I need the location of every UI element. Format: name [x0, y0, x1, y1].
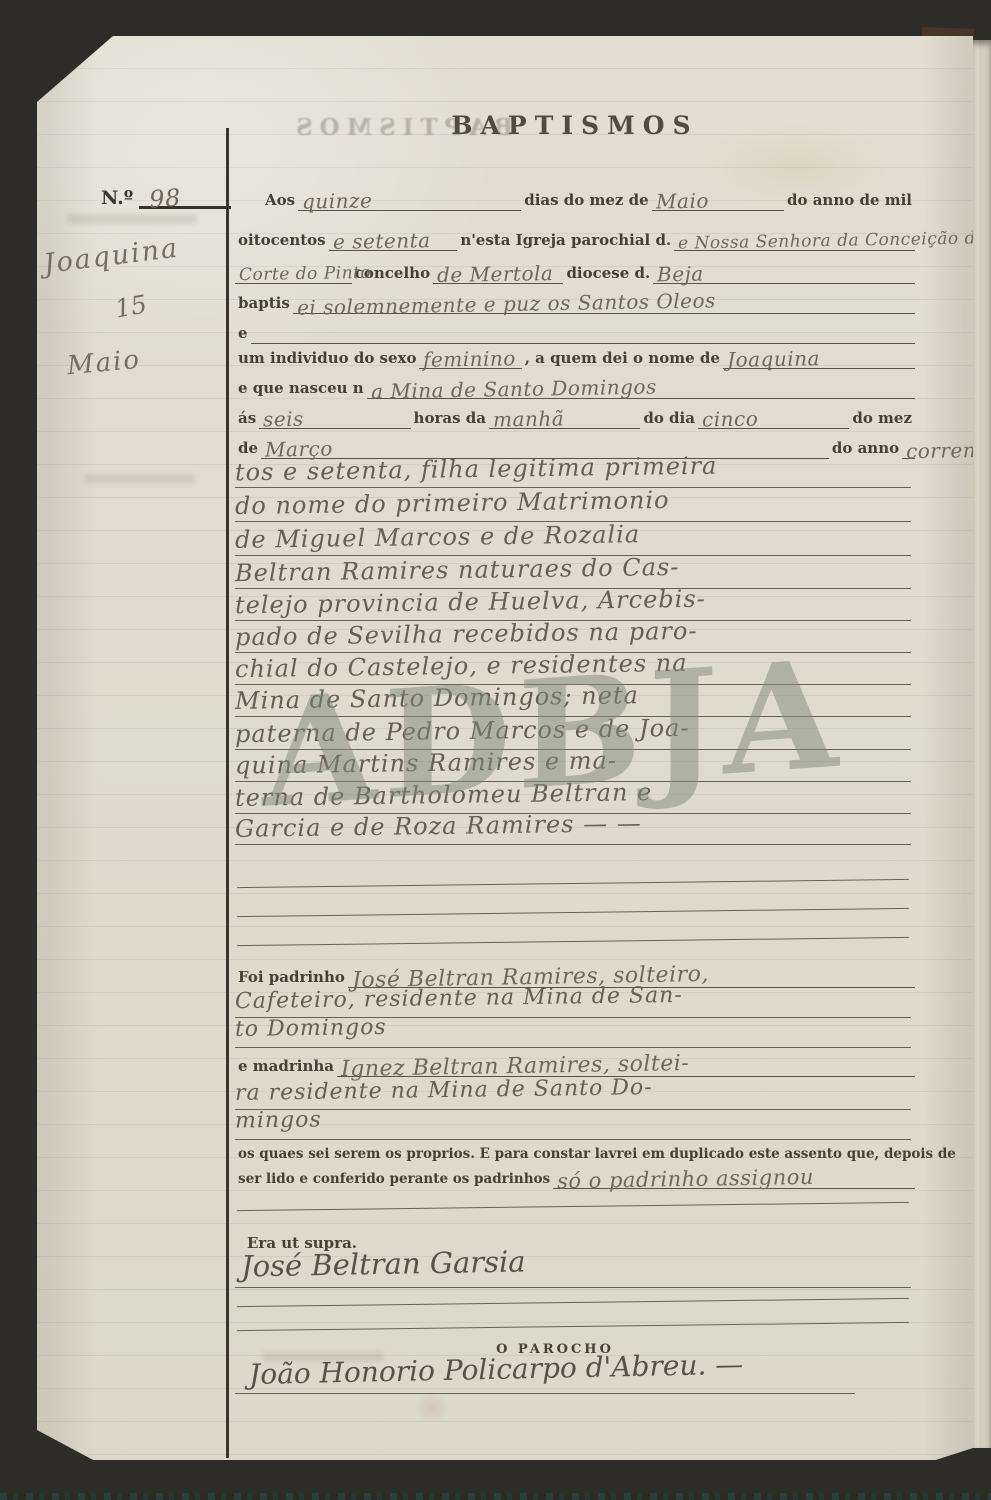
- handwritten-field-parish: e Nossa Senhora da Conceição d': [674, 226, 915, 251]
- blank-rule-line: [237, 1202, 909, 1211]
- margin-day: 15: [113, 289, 149, 323]
- handwriting: do nome do primeiro Matrimonio: [235, 484, 670, 522]
- form-line-year-parish: oitocentos e setenta n'esta Igreja paroc…: [235, 221, 915, 251]
- handwriting: feminino: [423, 346, 516, 372]
- handwriting: paterna de Pedro Marcos e de Joa-: [235, 712, 690, 750]
- priest-signature: João Honorio Policarpo d'Abreu. —: [235, 1348, 744, 1392]
- handwritten-field-sex: feminino: [419, 344, 521, 369]
- handwritten-field-month: Maio: [652, 186, 784, 211]
- closing-statement-line2: ser lido e conferido perante os padrinho…: [235, 1159, 915, 1189]
- handwriting: quinze: [302, 188, 373, 213]
- printed-text: Aos: [235, 191, 298, 211]
- godmother-line-cont: mingos: [235, 1105, 911, 1140]
- margin-month: Maio: [66, 345, 142, 381]
- printed-text: ser lido e conferido perante os padrinho…: [235, 1171, 553, 1189]
- handwriting: mingos: [235, 1104, 322, 1137]
- handwriting: quina Martins Ramires e ma-: [235, 744, 617, 781]
- printed-text: horas da: [411, 409, 489, 429]
- printed-text: do anno de mil: [784, 191, 915, 211]
- body-line: do nome do primeiro Matrimonio: [235, 487, 911, 522]
- handwriting: Garcia e de Roza Ramires — —: [235, 807, 642, 845]
- blank-rule-line: [237, 937, 909, 946]
- form-line-birthplace: e que nasceu n a Mina de Santo Domingos: [235, 369, 915, 399]
- handwritten-field-hour: seis: [259, 404, 410, 429]
- handwriting: e Nossa Senhora da Conceição d': [678, 226, 981, 255]
- handwriting: só o padrinho assignou: [557, 1165, 814, 1193]
- blank-rule-line: [237, 908, 909, 917]
- handwritten-field-baptism: ei solemnemente e puz os Santos Oleos: [293, 289, 915, 314]
- body-line: de Miguel Marcos e de Rozalia: [235, 521, 911, 556]
- handwriting: cinco: [702, 407, 759, 432]
- handwritten-field-council: de Mertola: [433, 259, 563, 284]
- printed-text: e madrinha: [235, 1057, 337, 1077]
- body-line: tos e setenta, filha legitima primeira: [235, 453, 911, 488]
- ink-bleedthrough: [85, 474, 195, 483]
- form-line-hour-day: ás seis horas da manhã do dia cinco do m…: [235, 399, 915, 429]
- handwritten-field-year: e setenta: [329, 226, 458, 251]
- printed-text: n'esta Igreja parochial d.: [457, 231, 674, 251]
- printed-text: um individuo do sexo: [235, 349, 419, 369]
- scan-table-edge: [0, 1493, 991, 1500]
- ink-bleedthrough: [67, 214, 197, 224]
- handwriting: Beja: [657, 262, 704, 287]
- record-number-label: N.º: [101, 187, 133, 209]
- handwriting: seis: [263, 407, 304, 432]
- form-line-sex-name: um individuo do sexo feminino , a quem d…: [235, 339, 915, 369]
- handwriting: e setenta: [332, 228, 430, 254]
- godfather-signature-line: José Beltran Garsia: [235, 1247, 911, 1288]
- record-number-value: 98: [139, 186, 182, 213]
- printed-text: do mez: [849, 409, 915, 429]
- printed-text: ás: [235, 409, 259, 429]
- blank-rule-line: [237, 1298, 909, 1307]
- record-number-underline: 98: [139, 182, 231, 209]
- godfather-signature: José Beltran Garsia: [235, 1244, 526, 1283]
- form-line-baptis: baptis ei solemnemente e puz os Santos O…: [235, 284, 915, 314]
- blank-rule-line: [237, 1322, 909, 1331]
- printed-text: , a quem dei o nome de: [522, 349, 723, 369]
- form-line-date: Aos quinze dias do mez de Maio do anno d…: [235, 181, 915, 211]
- printed-text: baptis: [235, 294, 293, 314]
- printed-text: e que nasceu n: [235, 379, 367, 399]
- blank-rule-line: [237, 879, 909, 888]
- body-line: Garcia e de Roza Ramires — —: [235, 810, 911, 845]
- record-number-row: N.º 98: [101, 182, 231, 209]
- handwriting: Maio: [656, 189, 709, 214]
- register-paper: BAPTISMOS BAPTISMOS N.º 98 Joaquina 15 M…: [37, 36, 973, 1460]
- printed-text: dias do mez de: [521, 191, 651, 211]
- handwritten-field-parish-cont: Corte do Pinto: [235, 259, 352, 284]
- form-line-council-diocese: Corte do Pinto concelho de Mertola dioce…: [235, 254, 915, 284]
- printed-text: oitocentos: [235, 231, 329, 251]
- next-page-fore-edge: [971, 40, 991, 1448]
- printed-text: do dia: [640, 409, 698, 429]
- handwritten-field-diocese: Beja: [653, 259, 915, 284]
- handwritten-field-signature-note: só o padrinho assignou: [553, 1164, 915, 1189]
- handwritten-field-birthplace: a Mina de Santo Domingos: [367, 374, 915, 399]
- handwriting: to Domingos: [235, 1012, 387, 1046]
- form-column: Aos quinze dias do mez de Maio do anno d…: [235, 36, 915, 1460]
- handwritten-field-day: quinze: [298, 186, 521, 211]
- priest-signature-line: João Honorio Policarpo d'Abreu. —: [235, 1353, 855, 1394]
- printed-text: diocese d.: [563, 264, 653, 284]
- handwriting: Joaquina: [727, 346, 820, 372]
- body-line: Mina de Santo Domingos; neta: [235, 682, 911, 717]
- margin-divider-rule: [226, 128, 229, 1458]
- handwriting: manhã: [493, 406, 564, 431]
- handwriting: de Miguel Marcos e de Rozalia: [235, 518, 641, 556]
- handwritten-field-birthday: cinco: [698, 404, 849, 429]
- handwritten-field-period: manhã: [489, 404, 640, 429]
- scanned-baptism-register-page: BAPTISMOS BAPTISMOS N.º 98 Joaquina 15 M…: [0, 0, 991, 1500]
- handwritten-field-name: Joaquina: [723, 344, 915, 369]
- handwriting: Mina de Santo Domingos; neta: [235, 679, 639, 717]
- godmother-line: e madrinha Ignez Beltran Ramires, soltei…: [235, 1043, 915, 1077]
- handwriting: tos e setenta, filha legitima primeira: [235, 450, 718, 489]
